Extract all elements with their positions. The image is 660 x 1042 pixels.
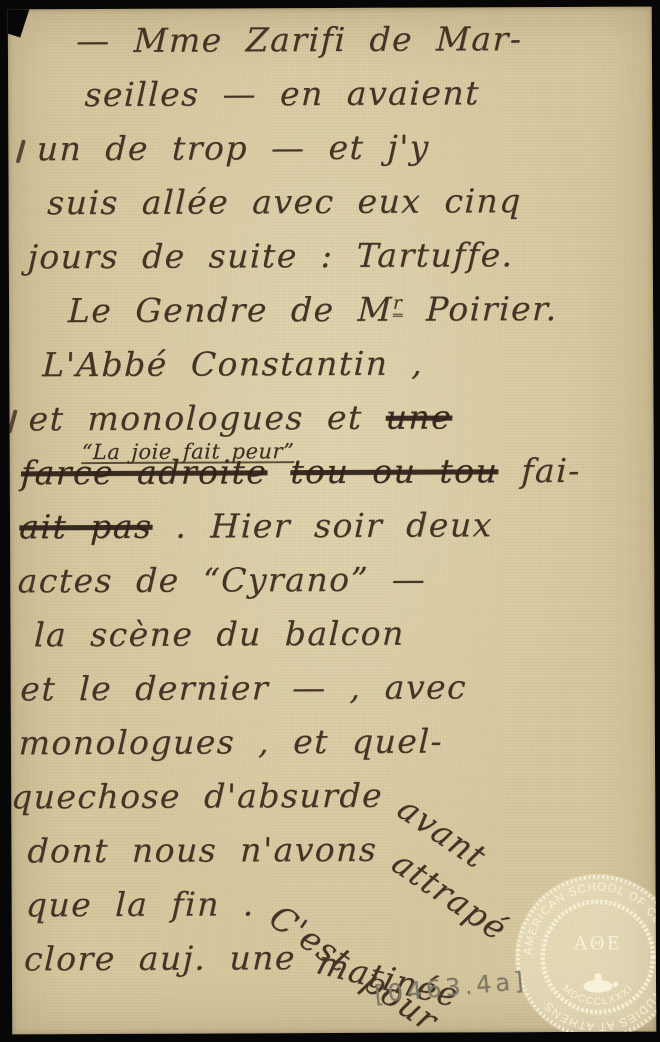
handwritten-line-16: dont nous n'avons attrapé <box>8 829 644 886</box>
handwritten-line-15: quechose d'absurde avant <box>8 775 646 832</box>
handwriting-segment: L'Abbé Constantin , <box>42 344 424 385</box>
handwritten-line-4: suis allée avec eux cinq <box>24 181 656 238</box>
handwritten-line-13: et le dernier — , avec <box>9 667 649 724</box>
handwritten-line-7: L'Abbé Constantin , <box>19 343 656 400</box>
manuscript-lines: — Mme Zarifi de Mar-seilles — en avaient… <box>8 19 656 994</box>
handwritten-line-5: jours de suite : Tartuffe. <box>23 235 657 292</box>
handwriting-segment: un de trop — et j'y <box>36 128 430 169</box>
struck-out-text: tou ou tou <box>290 451 499 491</box>
handwriting-segment: Poirier. <box>402 289 558 329</box>
handwriting-segment: suis allée avec eux cinq <box>47 181 523 222</box>
handwriting-segment: la scène du balcon <box>33 614 405 655</box>
handwritten-line-1: — Mme Zarifi de Mar- <box>29 19 656 76</box>
handwritten-line-9: “La joie fait peur”farce adroite tou ou … <box>16 451 656 508</box>
handwriting-segment: . Hier soir deux <box>152 505 493 545</box>
struck-out-text: ait pas <box>19 507 153 547</box>
handwriting-segment: et monologues et <box>28 398 386 439</box>
handwritten-line-12: la scène du balcon <box>11 613 651 670</box>
handwriting-segment: monologues , et quel- <box>18 722 444 763</box>
handwritten-line-11: actes de “Cyrano” — <box>13 559 653 616</box>
handwriting-segment: actes de “Cyrano” — <box>17 560 427 601</box>
handwriting-segment: et le dernier — , avec <box>20 667 468 708</box>
handwritten-line-17: que la fin . C'est pour <box>8 883 643 940</box>
handwritten-line-6: Le Gendre de Mr Poirier. <box>21 289 656 346</box>
handwriting-segment: — Mme Zarifi de Mar- <box>76 19 524 60</box>
handwriting-segment: fai- <box>498 451 582 490</box>
struck-out-text: une <box>385 397 453 436</box>
handwritten-line-3: un de trop — et j'y <box>26 127 656 184</box>
handwritten-line-14: monologues , et quel- <box>8 721 648 778</box>
handwriting-segment: Le Gendre de M <box>67 290 393 330</box>
handwriting-segment: seilles — en avaient <box>84 73 481 114</box>
handwriting-segment: clore auj. une <box>24 938 320 978</box>
handwritten-line-18: clore auj. une matinée <box>8 937 641 994</box>
interlinear-insertion: “La joie fait peur” <box>81 439 294 464</box>
handwriting-segment: que la fin . <box>25 884 278 924</box>
handwriting-segment: jours de suite : Tartuffe. <box>27 235 514 276</box>
handwriting-segment: dont nous n'avons <box>27 830 401 871</box>
letter-page: AMERICAN SCHOOL OF CLASSICAL STUDIES AT … <box>8 7 656 1035</box>
handwriting-segment: quechose d'absurde <box>10 776 406 817</box>
handwritten-line-10: ait pas . Hier soir deux <box>14 505 654 562</box>
handwritten-line-2: seilles — en avaient <box>27 73 656 130</box>
